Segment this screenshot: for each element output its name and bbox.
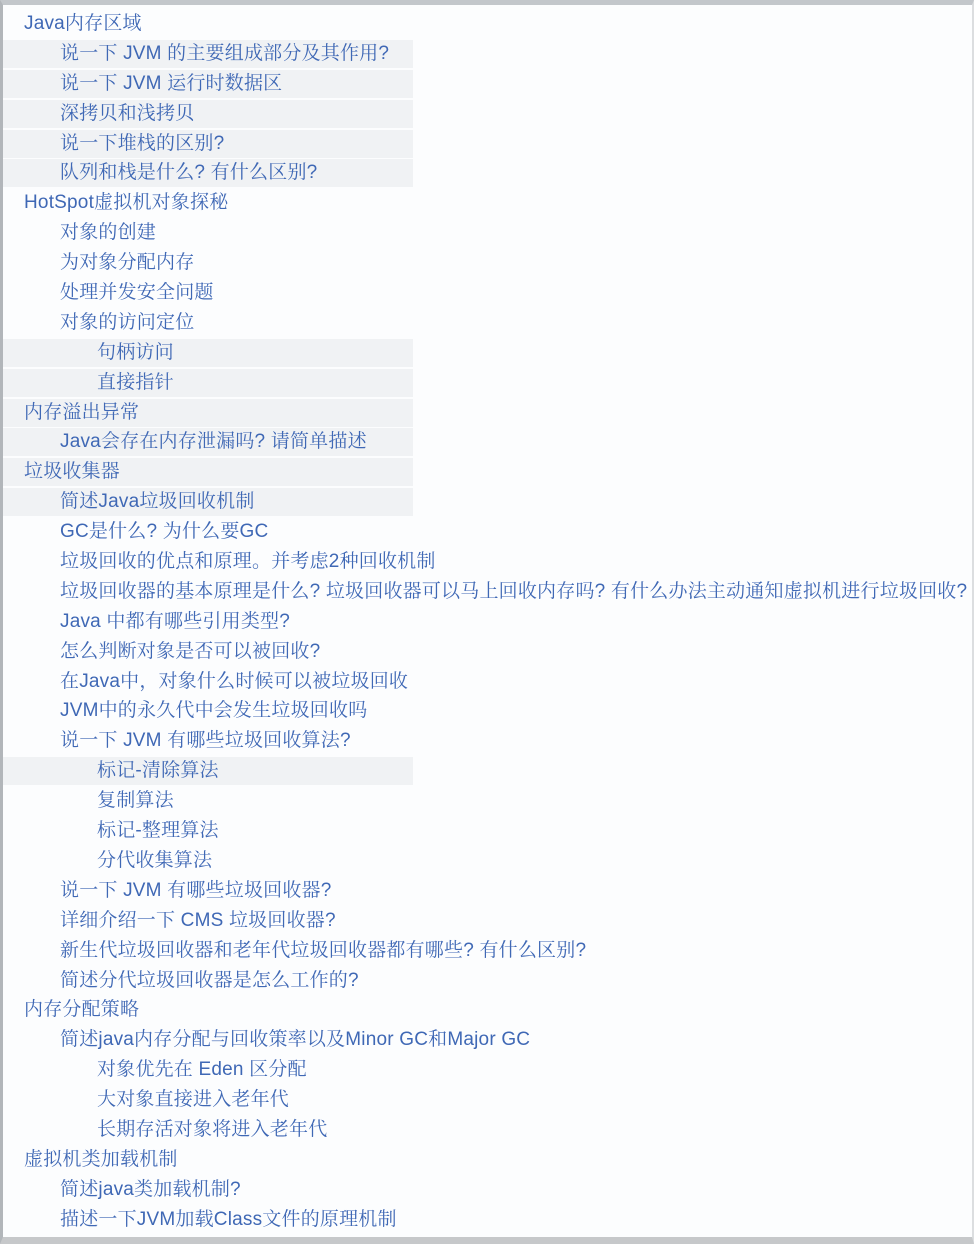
- toc-link[interactable]: Java会存在内存泄漏吗? 请简单描述: [60, 431, 367, 452]
- toc-link[interactable]: 直接指针: [97, 372, 174, 393]
- toc-link[interactable]: 分代收集算法: [97, 850, 212, 871]
- toc-item: 说一下 JVM 有哪些垃圾回收算法?: [3, 726, 972, 756]
- toc-link[interactable]: 虚拟机类加载机制: [24, 1149, 178, 1170]
- toc-item: 说一下 JVM 有哪些垃圾回收器?: [3, 876, 972, 906]
- document-page: Java内存区域说一下 JVM 的主要组成部分及其作用?说一下 JVM 运行时数…: [0, 0, 974, 1244]
- toc-link[interactable]: 简述java类加载机制?: [60, 1179, 241, 1200]
- toc-link[interactable]: GC是什么? 为什么要GC: [60, 521, 268, 542]
- toc-item: 说一下堆栈的区别?: [3, 129, 972, 159]
- toc-link[interactable]: Java 中都有哪些引用类型?: [60, 611, 290, 632]
- toc-item: Java内存区域: [3, 9, 972, 39]
- toc-item: GC是什么? 为什么要GC: [3, 517, 972, 547]
- toc-item: 垃圾回收器的基本原理是什么? 垃圾回收器可以马上回收内存吗? 有什么办法主动通知…: [3, 577, 972, 607]
- toc-item: 虚拟机类加载机制: [3, 1145, 972, 1175]
- toc-link[interactable]: 内存溢出异常: [24, 402, 139, 423]
- toc-link[interactable]: 详细介绍一下 CMS 垃圾回收器?: [60, 910, 336, 931]
- toc-item: HotSpot虚拟机对象探秘: [3, 188, 972, 218]
- toc-link[interactable]: 标记-整理算法: [97, 820, 219, 841]
- toc-item: 垃圾回收的优点和原理。并考虑2种回收机制: [3, 547, 972, 577]
- toc-item: 为对象分配内存: [3, 248, 972, 278]
- toc-link[interactable]: 新生代垃圾回收器和老年代垃圾回收器都有哪些? 有什么区别?: [60, 940, 586, 961]
- toc-link[interactable]: 说一下 JVM 运行时数据区: [60, 73, 282, 94]
- toc-link[interactable]: 深拷贝和浅拷贝: [60, 103, 194, 124]
- toc-link[interactable]: 长期存活对象将进入老年代: [97, 1119, 327, 1140]
- toc-link[interactable]: 为对象分配内存: [60, 252, 194, 273]
- toc-link[interactable]: 内存分配策略: [24, 999, 139, 1020]
- toc-link[interactable]: 简述java内存分配与回收策率以及Minor GC和Major GC: [60, 1029, 530, 1050]
- toc-link[interactable]: 说一下堆栈的区别?: [60, 133, 224, 154]
- toc-link[interactable]: 说一下 JVM 有哪些垃圾回收器?: [60, 880, 332, 901]
- toc-link[interactable]: 说一下 JVM 的主要组成部分及其作用?: [60, 43, 389, 64]
- toc-item: 新生代垃圾回收器和老年代垃圾回收器都有哪些? 有什么区别?: [3, 936, 972, 966]
- toc-link[interactable]: JVM中的永久代中会发生垃圾回收吗: [60, 700, 367, 721]
- toc-item: 复制算法: [3, 786, 972, 816]
- toc-link[interactable]: 复制算法: [97, 790, 174, 811]
- toc-link[interactable]: 说一下 JVM 有哪些垃圾回收算法?: [60, 730, 351, 751]
- toc-item: JVM中的永久代中会发生垃圾回收吗: [3, 696, 972, 726]
- toc-link[interactable]: 垃圾回收器的基本原理是什么? 垃圾回收器可以马上回收内存吗? 有什么办法主动通知…: [60, 581, 967, 602]
- toc-item: Java会存在内存泄漏吗? 请简单描述: [3, 427, 972, 457]
- toc-link[interactable]: 垃圾回收的优点和原理。并考虑2种回收机制: [60, 551, 436, 572]
- toc-item: 内存分配策略: [3, 995, 972, 1025]
- toc-item: 详细介绍一下 CMS 垃圾回收器?: [3, 906, 972, 936]
- toc-item: 句柄访问: [3, 338, 972, 368]
- toc-item: 长期存活对象将进入老年代: [3, 1115, 972, 1145]
- toc-link[interactable]: 描述一下JVM加载Class文件的原理机制: [60, 1209, 397, 1230]
- toc-item: 队列和栈是什么? 有什么区别?: [3, 158, 972, 188]
- toc-link[interactable]: 句柄访问: [97, 342, 174, 363]
- toc-link[interactable]: Java内存区域: [24, 13, 142, 34]
- toc-link[interactable]: HotSpot虚拟机对象探秘: [24, 192, 228, 213]
- toc-link[interactable]: 对象的访问定位: [60, 312, 194, 333]
- toc-item: 简述java内存分配与回收策率以及Minor GC和Major GC: [3, 1025, 972, 1055]
- toc-item: 内存溢出异常: [3, 398, 972, 428]
- toc-item: 简述java类加载机制?: [3, 1175, 972, 1205]
- toc-item: 说一下 JVM 的主要组成部分及其作用?: [3, 39, 972, 69]
- toc-item: 处理并发安全问题: [3, 278, 972, 308]
- toc-item: 简述分代垃圾回收器是怎么工作的?: [3, 966, 972, 996]
- toc-item: 简述Java垃圾回收机制: [3, 487, 972, 517]
- toc-link[interactable]: 标记-清除算法: [97, 760, 219, 781]
- toc-link[interactable]: 大对象直接进入老年代: [97, 1089, 289, 1110]
- toc-link[interactable]: 垃圾收集器: [24, 461, 120, 482]
- toc-outline: Java内存区域说一下 JVM 的主要组成部分及其作用?说一下 JVM 运行时数…: [3, 9, 972, 1235]
- toc-item: 标记-清除算法: [3, 756, 972, 786]
- toc-link[interactable]: 简述分代垃圾回收器是怎么工作的?: [60, 970, 359, 991]
- toc-item: 大对象直接进入老年代: [3, 1085, 972, 1115]
- toc-item: 标记-整理算法: [3, 816, 972, 846]
- toc-item: 怎么判断对象是否可以被回收?: [3, 637, 972, 667]
- toc-link[interactable]: 在Java中，对象什么时候可以被垃圾回收: [60, 671, 408, 692]
- toc-link[interactable]: 处理并发安全问题: [60, 282, 214, 303]
- toc-link[interactable]: 队列和栈是什么? 有什么区别?: [60, 162, 317, 183]
- toc-link[interactable]: 对象优先在 Eden 区分配: [97, 1059, 307, 1080]
- toc-item: 对象的创建: [3, 218, 972, 248]
- toc-item: 描述一下JVM加载Class文件的原理机制: [3, 1205, 972, 1235]
- toc-link[interactable]: 简述Java垃圾回收机制: [60, 491, 255, 512]
- toc-item: Java 中都有哪些引用类型?: [3, 607, 972, 637]
- toc-link[interactable]: 怎么判断对象是否可以被回收?: [60, 641, 320, 662]
- toc-item: 直接指针: [3, 368, 972, 398]
- toc-link[interactable]: 对象的创建: [60, 222, 156, 243]
- toc-item: 在Java中，对象什么时候可以被垃圾回收: [3, 667, 972, 697]
- toc-item: 对象的访问定位: [3, 308, 972, 338]
- toc-item: 说一下 JVM 运行时数据区: [3, 69, 972, 99]
- toc-item: 垃圾收集器: [3, 457, 972, 487]
- toc-item: 深拷贝和浅拷贝: [3, 99, 972, 129]
- toc-item: 对象优先在 Eden 区分配: [3, 1055, 972, 1085]
- toc-item: 分代收集算法: [3, 846, 972, 876]
